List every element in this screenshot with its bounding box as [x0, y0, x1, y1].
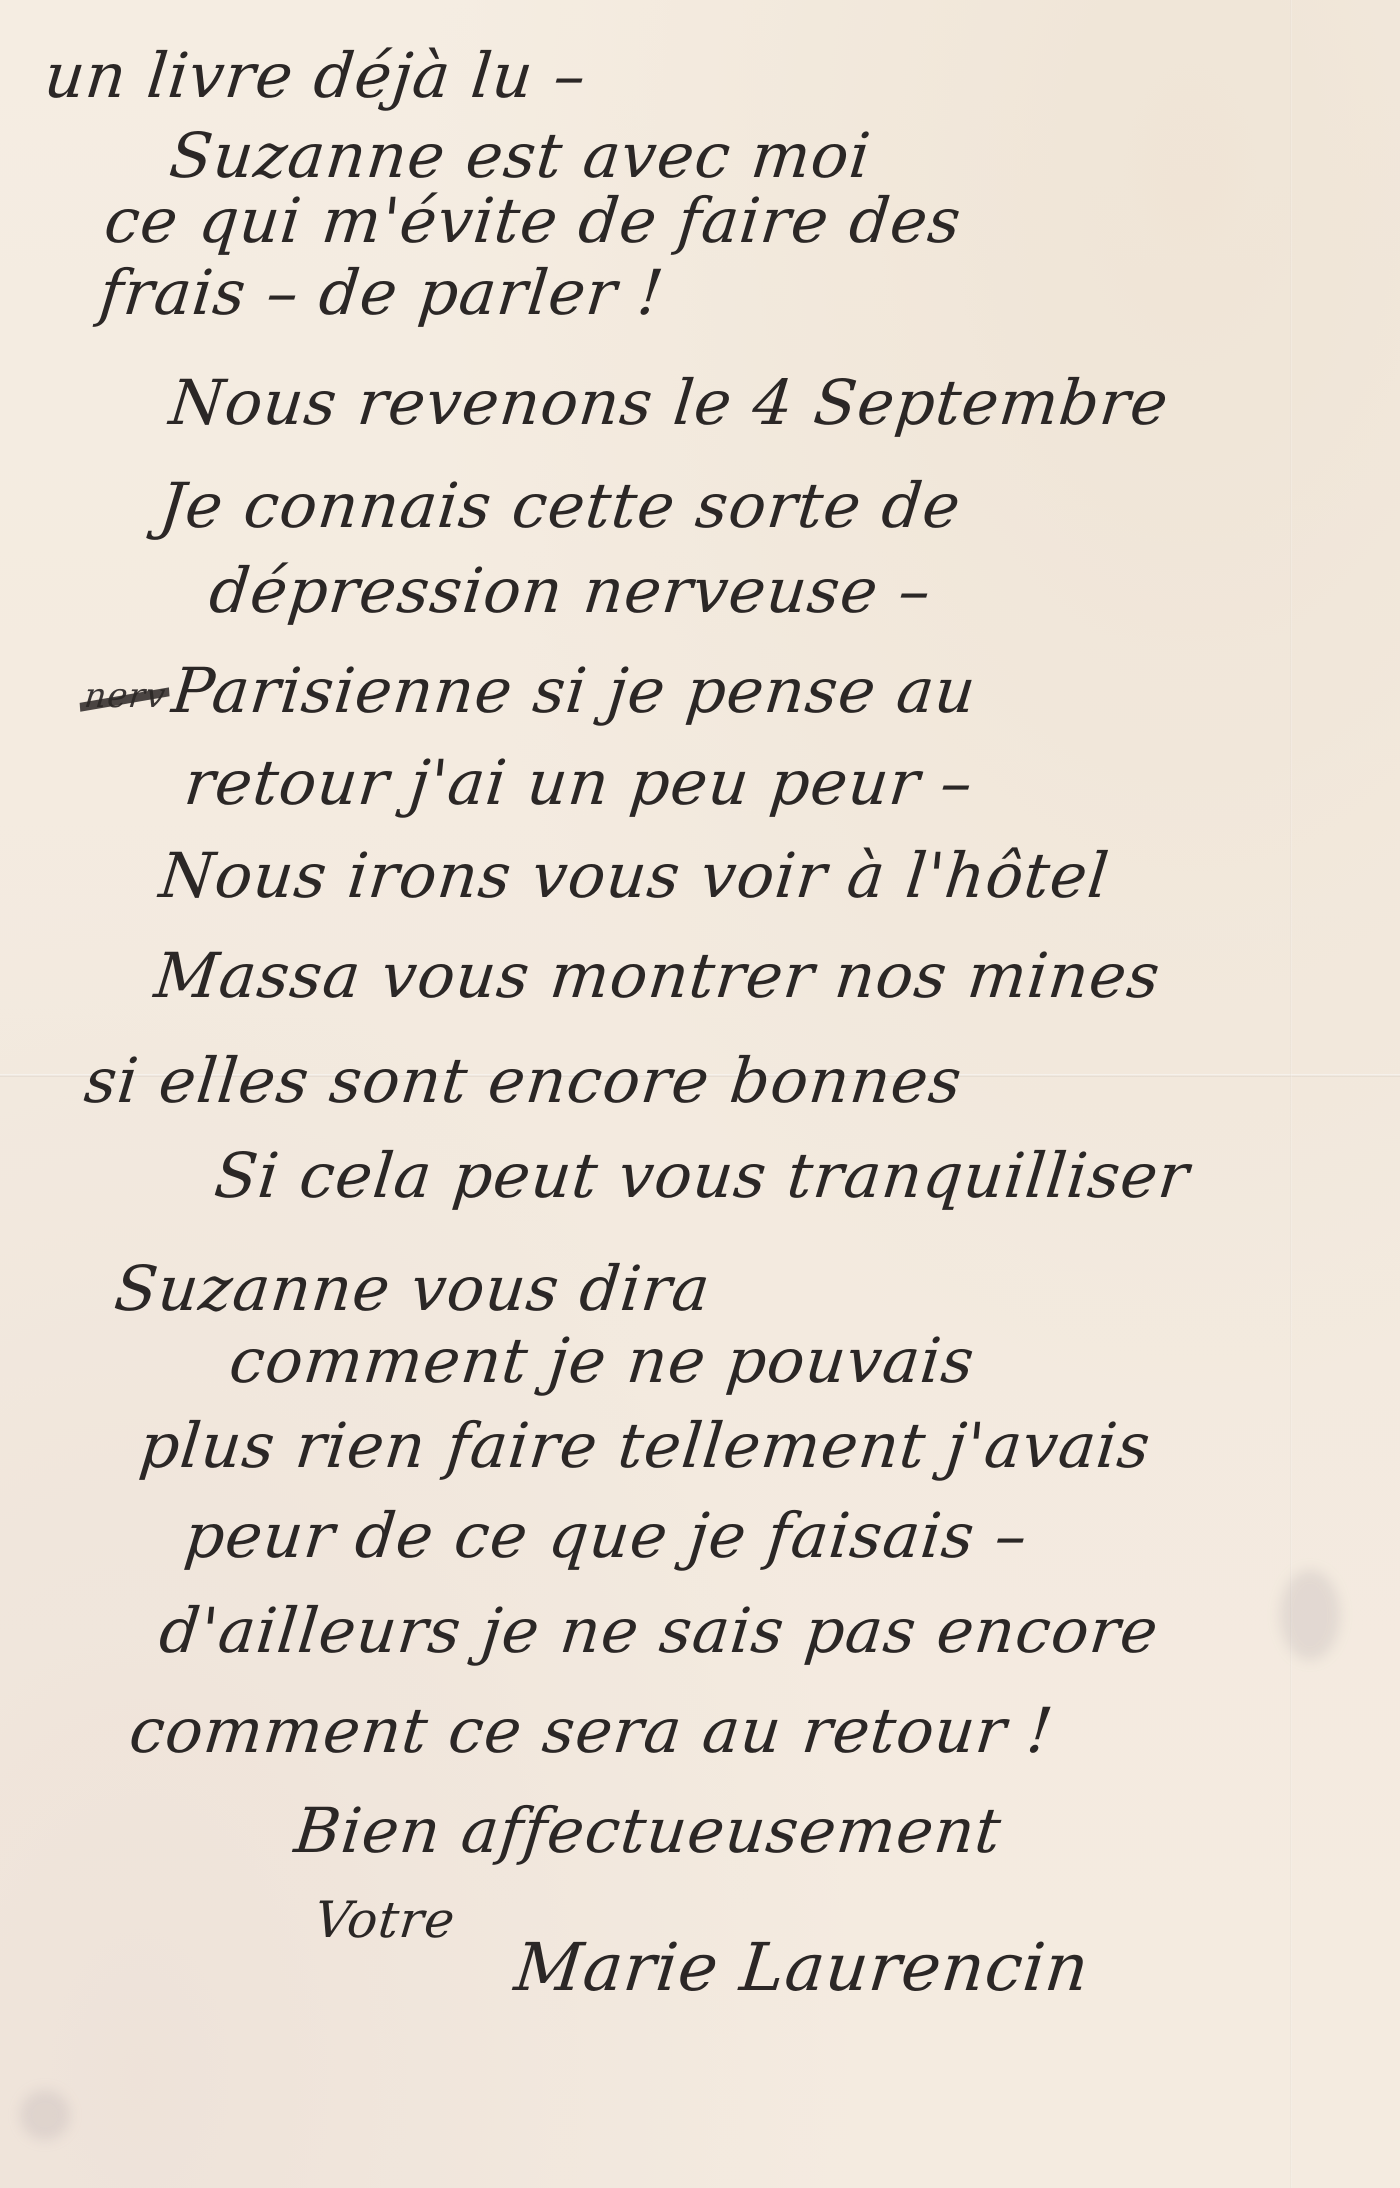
letter-line-12: si elles sont encore bonnes — [82, 1050, 965, 1112]
struck-out-word: nerv — [83, 679, 168, 713]
valediction: Votre — [312, 1895, 457, 1945]
letter-line-2: Suzanne est avec moi — [167, 125, 874, 187]
vertical-fold-crease — [1290, 0, 1292, 2188]
letter-line-6: Je connais cette sorte de — [157, 475, 964, 537]
closing: Bien affectueusement — [292, 1800, 1005, 1862]
letter-line-9: retour j'ai un peu peur – — [182, 752, 976, 814]
letter-line-13: Si cela peut vous tranquilliser — [212, 1145, 1193, 1207]
letter-line-8: nervParisienne si je pense au — [82, 660, 979, 722]
letter-page: un livre déjà lu – Suzanne est avec moi … — [0, 0, 1400, 2188]
ink-smudge — [1280, 1570, 1340, 1660]
letter-line-18: d'ailleurs je ne sais pas encore — [157, 1600, 1162, 1662]
letter-line-10: Nous irons vous voir à l'hôtel — [157, 845, 1112, 907]
letter-line-4: frais – de parler ! — [97, 262, 667, 324]
letter-line-16: plus rien faire tellement j'avais — [137, 1415, 1154, 1477]
letter-line-3: ce qui m'évite de faire des — [102, 190, 965, 252]
letter-line-17: peur de ce que je faisais – — [182, 1505, 1031, 1567]
letter-line-1: un livre déjà lu – — [42, 45, 590, 107]
letter-line-7: dépression nerveuse – — [207, 560, 934, 622]
signature: Marie Laurencin — [512, 1935, 1093, 2001]
letter-line-8-text: Parisienne si je pense au — [169, 654, 980, 727]
letter-line-5: Nous revenons le 4 Septembre — [167, 372, 1172, 434]
letter-line-14: Suzanne vous dira — [112, 1258, 714, 1320]
letter-line-15: comment je ne pouvais — [227, 1330, 978, 1392]
letter-line-11: Massa vous montrer nos mines — [152, 945, 1164, 1007]
paper-stain — [20, 2090, 70, 2140]
letter-line-19: comment ce sera au retour ! — [127, 1700, 1057, 1762]
